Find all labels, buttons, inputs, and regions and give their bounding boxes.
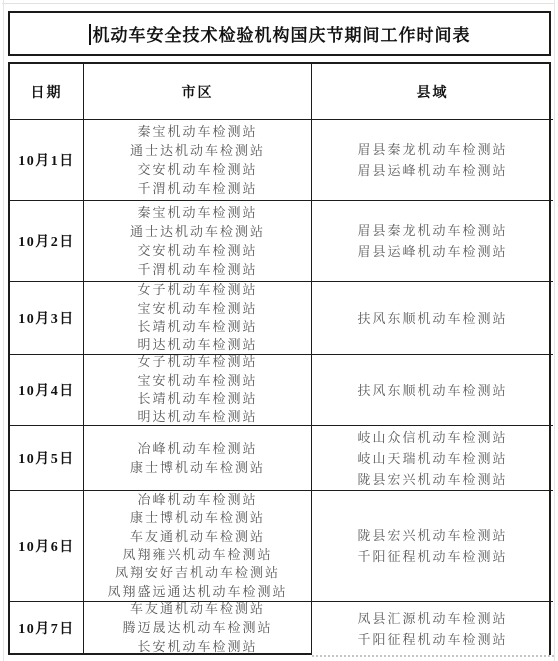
station-name: 凤翔雍兴机动车检测站: [122, 546, 272, 564]
station-name: 宝安机动车检测站: [137, 300, 257, 318]
date-cell[interactable]: 10月4日: [10, 355, 84, 426]
header-label-city: 市区: [182, 82, 214, 102]
station-name: 千渭机动车检测站: [137, 179, 257, 198]
station-name: 女子机动车检测站: [137, 282, 257, 300]
city-stations-cell[interactable]: 秦宝机动车检测站 通士达机动车检测站 交安机动车检测站 千渭机动车检测站: [84, 201, 312, 282]
date-cell[interactable]: 10月5日: [10, 426, 84, 491]
station-name: 千阳征程机动车检测站: [357, 546, 507, 567]
station-name: 女子机动车检测站: [137, 355, 257, 372]
page-title: 机动车安全技术检验机构国庆节期间工作时间表: [89, 21, 471, 46]
station-name: 凤翔安好吉机动车检测站: [115, 564, 280, 582]
date-label: 10月5日: [18, 448, 75, 468]
date-label: 10月6日: [18, 536, 75, 556]
station-name: 岐山天瑞机动车检测站: [357, 448, 507, 469]
station-name: 眉县运峰机动车检测站: [357, 160, 507, 181]
station-name: 车友通机动车检测站: [130, 528, 265, 546]
station-name: 岐山众信机动车检测站: [357, 427, 507, 448]
page-margin-guide-right: [554, 0, 555, 661]
date-label: 10月1日: [18, 150, 75, 170]
county-stations-cell[interactable]: 眉县秦龙机动车检测站 眉县运峰机动车检测站: [312, 201, 553, 282]
station-name: 交安机动车检测站: [137, 241, 257, 260]
header-cell-city[interactable]: 市区: [84, 64, 312, 120]
city-stations-cell[interactable]: 冶峰机动车检测站 康士博机动车检测站: [84, 426, 312, 491]
station-name: 通士达机动车检测站: [130, 141, 265, 160]
city-stations-cell[interactable]: 秦宝机动车检测站 通士达机动车检测站 交安机动车检测站 千渭机动车检测站: [84, 120, 312, 201]
station-name: 宝安机动车检测站: [137, 372, 257, 390]
station-name: 交安机动车检测站: [137, 160, 257, 179]
station-name: 明达机动车检测站: [137, 408, 257, 426]
county-stations-cell[interactable]: 扶风东顺机动车检测站: [312, 282, 553, 355]
county-stations-cell[interactable]: 岐山众信机动车检测站 岐山天瑞机动车检测站 陇县宏兴机动车检测站: [312, 426, 553, 491]
county-stations-cell[interactable]: 眉县秦龙机动车检测站 眉县运峰机动车检测站: [312, 120, 553, 201]
station-name: 陇县宏兴机动车检测站: [357, 469, 507, 490]
date-cell[interactable]: 10月1日: [10, 120, 84, 201]
station-name: 康士博机动车检测站: [130, 458, 265, 477]
date-label: 10月7日: [18, 618, 75, 638]
station-name: 陇县宏兴机动车检测站: [357, 525, 507, 546]
page-title-text: 机动车安全技术检验机构国庆节期间工作时间表: [93, 26, 471, 45]
station-name: 秦宝机动车检测站: [137, 122, 257, 141]
city-stations-cell[interactable]: 女子机动车检测站 宝安机动车检测站 长靖机动车检测站 明达机动车检测站: [84, 355, 312, 426]
header-label-date: 日期: [31, 82, 63, 102]
station-name: 眉县秦龙机动车检测站: [357, 220, 507, 241]
station-name: 千阳征程机动车检测站: [357, 629, 507, 650]
city-stations-cell[interactable]: 车友通机动车检测站 腾迈晟达机动车检测站 长安机动车检测站: [84, 602, 312, 655]
date-label: 10月3日: [18, 308, 75, 328]
station-name: 长靖机动车检测站: [137, 390, 257, 408]
date-cell[interactable]: 10月7日: [10, 602, 84, 655]
station-name: 腾迈晟达机动车检测站: [122, 618, 272, 637]
station-name: 凤县汇源机动车检测站: [357, 608, 507, 629]
station-name: 冶峰机动车检测站: [137, 491, 257, 509]
header-cell-date[interactable]: 日期: [10, 64, 84, 120]
station-name: 明达机动车检测站: [137, 336, 257, 354]
station-name: 秦宝机动车检测站: [137, 203, 257, 222]
station-name: 冶峰机动车检测站: [137, 439, 257, 458]
date-cell[interactable]: 10月6日: [10, 491, 84, 602]
station-name: 康士博机动车检测站: [130, 509, 265, 527]
date-cell[interactable]: 10月3日: [10, 282, 84, 355]
station-name: 眉县运峰机动车检测站: [357, 241, 507, 262]
page-margin-guide-top: [2, 3, 555, 4]
station-name: 凤翔盛远通达机动车检测站: [107, 583, 287, 601]
title-box[interactable]: 机动车安全技术检验机构国庆节期间工作时间表: [8, 11, 551, 56]
county-stations-cell[interactable]: 陇县宏兴机动车检测站 千阳征程机动车检测站: [312, 491, 553, 602]
work-schedule-table: 日期 市区 县域 10月1日 秦宝机动车检测站 通士达机动车检测站 交安机动车检…: [8, 62, 551, 655]
county-stations-cell[interactable]: 扶风东顺机动车检测站: [312, 355, 553, 426]
date-label: 10月4日: [18, 380, 75, 400]
text-cursor: [89, 24, 91, 45]
station-name: 眉县秦龙机动车检测站: [357, 139, 507, 160]
date-label: 10月2日: [18, 231, 75, 251]
city-stations-cell[interactable]: 冶峰机动车检测站 康士博机动车检测站 车友通机动车检测站 凤翔雍兴机动车检测站 …: [84, 491, 312, 602]
station-name: 车友通机动车检测站: [130, 602, 265, 618]
station-name: 长安机动车检测站: [137, 637, 257, 655]
station-name: 扶风东顺机动车检测站: [357, 308, 507, 329]
station-name: 扶风东顺机动车检测站: [357, 380, 507, 401]
county-stations-cell[interactable]: 凤县汇源机动车检测站 千阳征程机动车检测站: [312, 602, 553, 655]
station-name: 千渭机动车检测站: [137, 260, 257, 279]
header-cell-county[interactable]: 县域: [312, 64, 553, 120]
table-bottom-cut-border: [312, 655, 554, 657]
header-label-county: 县域: [417, 82, 449, 102]
station-name: 通士达机动车检测站: [130, 222, 265, 241]
page-margin-guide-left: [3, 0, 4, 661]
city-stations-cell[interactable]: 女子机动车检测站 宝安机动车检测站 长靖机动车检测站 明达机动车检测站: [84, 282, 312, 355]
station-name: 长靖机动车检测站: [137, 318, 257, 336]
date-cell[interactable]: 10月2日: [10, 201, 84, 282]
